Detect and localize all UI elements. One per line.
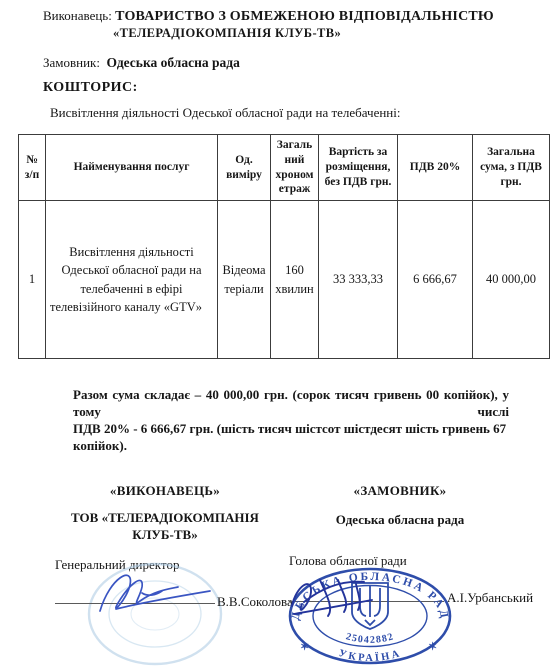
- total-summary: Разом сума складає – 40 000,00 грн. (сор…: [73, 386, 509, 454]
- customer-signature: [288, 572, 398, 624]
- executor-org-name: ТОВ «ТЕЛЕРАДІОКОМПАНІЯ КЛУБ-ТВ»: [60, 509, 270, 543]
- header-cell-duration: Загальний хронометраж: [271, 135, 319, 201]
- svg-text:25042882: 25042882: [345, 631, 396, 646]
- star-icon: ✶: [300, 641, 309, 653]
- table-header-row: № з/п Найменування послуг Од. виміру Заг…: [19, 135, 550, 201]
- header-cell-service: Найменування послуг: [46, 135, 218, 201]
- executor-org-line1: ТОВ «ТЕЛЕРАДІОКОМПАНІЯ: [60, 509, 270, 526]
- executor-signature: [82, 563, 232, 625]
- services-table: № з/п Найменування послуг Од. виміру Заг…: [18, 134, 550, 359]
- summary-line-1: Разом сума складає – 40 000,00 грн. (сор…: [73, 386, 509, 420]
- executor-org-line2: КЛУБ-ТВ»: [60, 526, 270, 543]
- document-page: Виконавець: ТОВАРИСТВО З ОБМЕЖЕНОЮ ВІДПО…: [0, 0, 553, 666]
- cell-price: 33 333,33: [319, 201, 398, 359]
- header-cell-total: Загальна сума, з ПДВ грн.: [473, 135, 550, 201]
- summary-line-2: ПДВ 20% - 6 666,67 грн. (шість тисяч шіс…: [73, 420, 509, 454]
- customer-name: Одеська обласна рада: [107, 55, 240, 70]
- executor-line: Виконавець: ТОВАРИСТВО З ОБМЕЖЕНОЮ ВІДПО…: [43, 8, 494, 25]
- customer-signatory-name: А.І.Урбанський: [447, 590, 533, 606]
- star-icon: ✶: [428, 641, 437, 653]
- executor-company-name-line2: «ТЕЛЕРАДІОКОМПАНІЯ КЛУБ-ТВ»: [113, 26, 341, 41]
- header-cell-num: № з/п: [19, 135, 46, 201]
- cell-service: Висвітлення діяльності Одеської обласної…: [46, 201, 218, 359]
- executor-section-title: «ВИКОНАВЕЦЬ»: [60, 483, 270, 499]
- executor-label: Виконавець:: [43, 8, 112, 23]
- stamp-code: 25042882: [345, 631, 396, 646]
- customer-line: Замовник: Одеська обласна рада: [43, 55, 240, 71]
- cell-duration: 160 хвилин: [271, 201, 319, 359]
- customer-org-name: Одеська обласна рада: [300, 511, 500, 528]
- cell-unit: Відеоматеріали: [218, 201, 271, 359]
- cell-total: 40 000,00: [473, 201, 550, 359]
- table-row: 1 Висвітлення діяльності Одеської обласн…: [19, 201, 550, 359]
- document-subtitle: Висвітлення діяльності Одеської обласної…: [50, 105, 401, 121]
- customer-label: Замовник:: [43, 55, 100, 70]
- header-cell-vat: ПДВ 20%: [398, 135, 473, 201]
- cell-num: 1: [19, 201, 46, 359]
- executor-company-name: ТОВАРИСТВО З ОБМЕЖЕНОЮ ВІДПОВІДАЛЬНІСТЮ: [115, 9, 494, 24]
- header-cell-price: Вартість за розміщення, без ПДВ грн.: [319, 135, 398, 201]
- customer-section-title: «ЗАМОВНИК»: [300, 483, 500, 499]
- header-cell-unit: Од. виміру: [218, 135, 271, 201]
- document-title: КОШТОРИС:: [43, 80, 138, 96]
- cell-vat: 6 666,67: [398, 201, 473, 359]
